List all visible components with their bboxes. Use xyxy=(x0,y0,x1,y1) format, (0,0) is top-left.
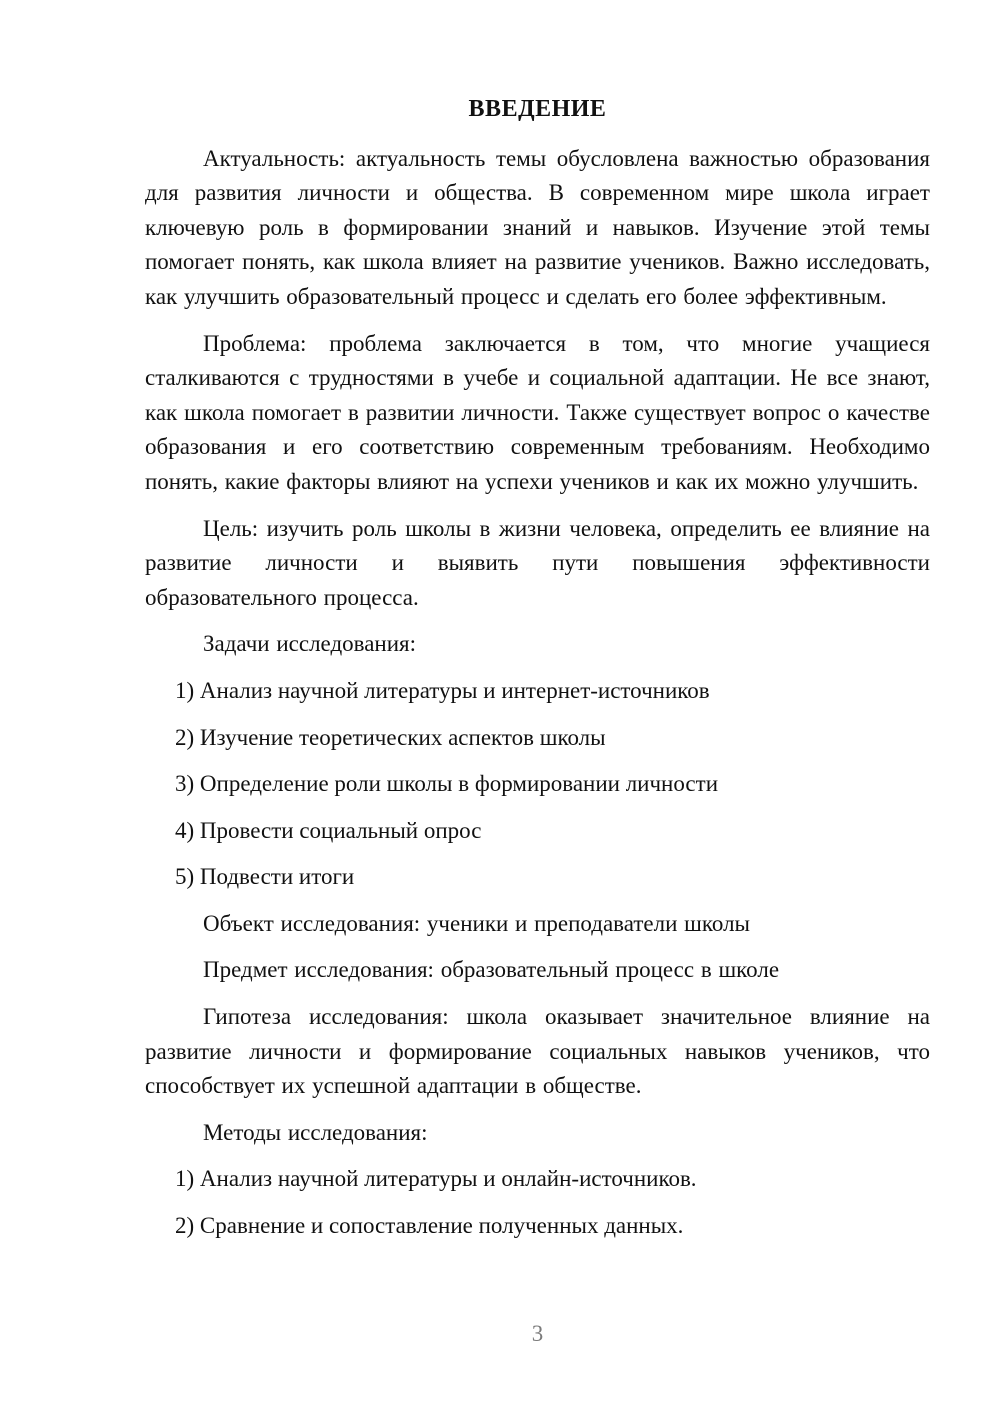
method-list-item-2: 2) Сравнение и сопоставление полученных … xyxy=(175,1209,930,1244)
page-title: ВВЕДЕНИЕ xyxy=(145,92,930,127)
paragraph-methods-label: Методы исследования: xyxy=(145,1116,930,1151)
document-page: ВВЕДЕНИЕ Актуальность: актуальность темы… xyxy=(0,0,1000,1414)
task-list-item-3: 3) Определение роли школы в формировании… xyxy=(175,767,930,802)
task-list-item-1: 1) Анализ научной литературы и интернет-… xyxy=(175,674,930,709)
task-list-item-5: 5) Подвести итоги xyxy=(175,860,930,895)
paragraph-hypothesis: Гипотеза исследования: школа оказывает з… xyxy=(145,1000,930,1104)
method-list-item-1: 1) Анализ научной литературы и онлайн-ис… xyxy=(175,1162,930,1197)
paragraph-problem: Проблема: проблема заключается в том, чт… xyxy=(145,327,930,500)
paragraph-tasks-label: Задачи исследования: xyxy=(145,627,930,662)
task-list-item-4: 4) Провести социальный опрос xyxy=(175,814,930,849)
task-list-item-2: 2) Изучение теоретических аспектов школы xyxy=(175,721,930,756)
paragraph-relevance: Актуальность: актуальность темы обусловл… xyxy=(145,142,930,315)
paragraph-object: Объект исследования: ученики и преподава… xyxy=(145,907,930,942)
paragraph-subject: Предмет исследования: образовательный пр… xyxy=(145,953,930,988)
page-number: 3 xyxy=(145,1317,930,1352)
paragraph-goal: Цель: изучить роль школы в жизни человек… xyxy=(145,512,930,616)
